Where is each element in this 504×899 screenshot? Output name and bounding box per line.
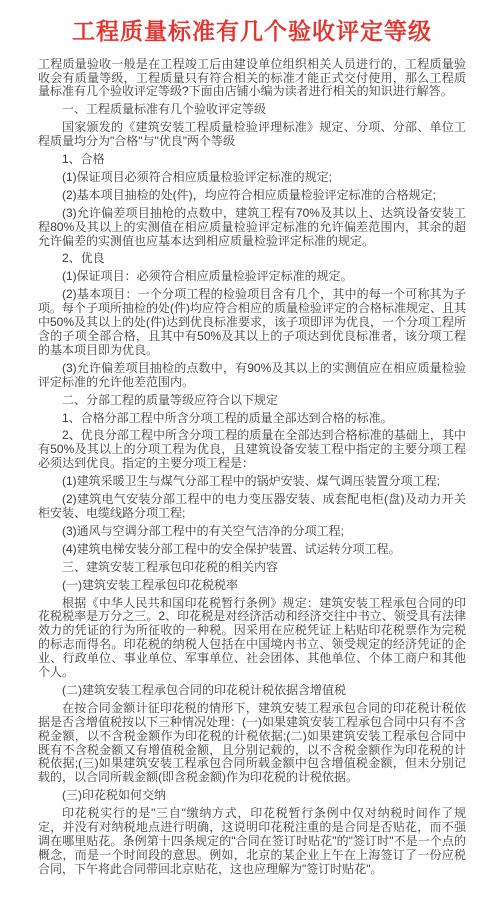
article-body: 工程质量验收一般是在工程竣工后由建设单位组织相关人员进行的，工程质量验收会有质量… xyxy=(38,58,466,877)
paragraph: 1、合格分部工程中所含分项工程的质量全部达到合格的标准。 xyxy=(38,412,466,426)
document-page: 工程质量标准有几个验收评定等级 工程质量验收一般是在工程竣工后由建设单位组织相关… xyxy=(0,0,504,899)
paragraph: 2、优良分部工程中所含分项工程的质量在全部达到合格标准的基础上，其中有50%及其… xyxy=(38,429,466,471)
paragraph: (1)保证项目：必须符合相应质量检验评定标准的规定。 xyxy=(38,270,466,284)
paragraph: (4)建筑电梯安装分部工程中的安全保护装置、试运转分项工程。 xyxy=(38,543,466,557)
section-heading: (一)建筑安装工程承包印花税税率 xyxy=(38,579,466,593)
section-heading: 一、工程质量标准有几个验收评定等级 xyxy=(38,103,466,117)
section-heading: 1、合格 xyxy=(38,153,466,167)
paragraph: (2)基本项目抽检的处(件)，均应符合相应质量检验评定标准的合格规定; xyxy=(38,189,466,203)
paragraph: 印花税实行的是"三自"缴纳方式，印花税暂行条例中仅对纳税时间作了规定，并没有对纳… xyxy=(38,807,466,877)
paragraph: 在按合同金额计征印花税的情形下，建筑安装工程承包合同的印花税计税依据是否含增值税… xyxy=(38,702,466,785)
paragraph: (3)允许偏差项目抽枪的点数中，建筑工程有70%及其以上、达筑设备安装工程80%… xyxy=(38,207,466,249)
section-heading: 2、优良 xyxy=(38,252,466,266)
section-heading: (二)建筑安装工程承包合同的印花税计税依据含增值税 xyxy=(38,684,466,698)
paragraph: (1)建筑采暖卫生与煤气分部工程中的锅炉安装、煤气调压装置分项工程; xyxy=(38,475,466,489)
paragraph: 工程质量验收一般是在工程竣工后由建设单位组织相关人员进行的，工程质量验收会有质量… xyxy=(38,58,466,100)
paragraph: (2)基本项目：一个分项工程的检验项目含有几个，其中的每一个可称其为子项。每个子… xyxy=(38,288,466,358)
section-heading: 三、建筑安装工程承包印花税的相关内容 xyxy=(38,561,466,575)
section-heading: (三)印花税如何交纳 xyxy=(38,789,466,803)
paragraph: (3)允许偏差项目抽检的点数中，有90%及其以上的实测值应在相应质量检验评定标准… xyxy=(38,362,466,390)
paragraph: 根据《中华人民共和国印花税暂行条例》规定：建筑安装工程承包合同的印花税税率是万分… xyxy=(38,597,466,680)
paragraph: 国家颁发的《建筑安装工程质量检验评理标准》规定、分项、分部、单位工程质量均分为"… xyxy=(38,121,466,149)
paragraph: (3)通风与空调分部工程中的有关空气洁净的分项工程; xyxy=(38,525,466,539)
section-heading: 二、分部工程的质量等级应符合以下规定 xyxy=(38,394,466,408)
paragraph: (2)建筑电气安装分部工程中的电力变压器安装、成套配电柜(盘)及动力开关柜安装、… xyxy=(38,493,466,521)
page-title: 工程质量标准有几个验收评定等级 xyxy=(38,18,466,46)
paragraph: (1)保证项目必须符合相应质量检验评定标准的规定; xyxy=(38,171,466,185)
